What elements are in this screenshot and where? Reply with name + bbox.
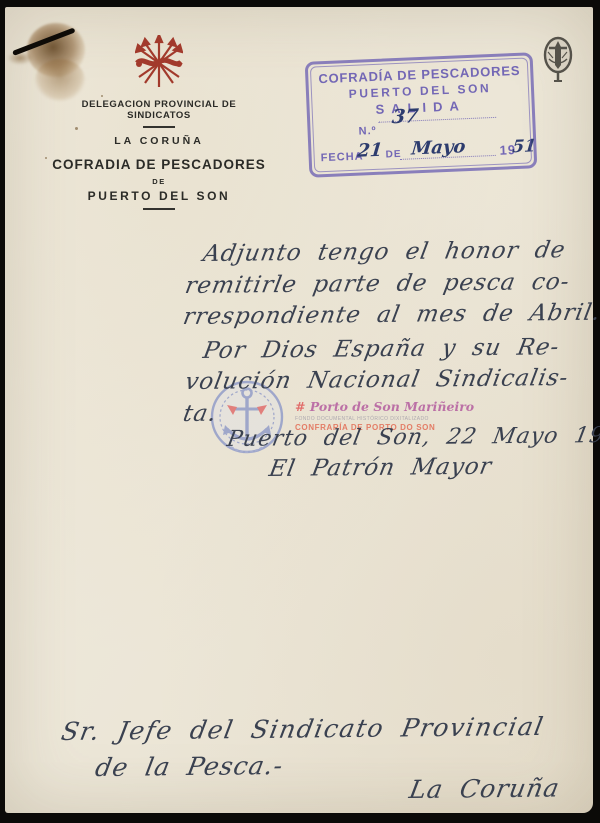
recipient-line: de la Pesca.- <box>93 751 286 782</box>
recipient-line: La Coruña <box>407 773 562 804</box>
falange-yoke-arrows-icon <box>135 35 183 91</box>
watermark-script-text: Porto de Son Mariñeiro <box>305 399 474 414</box>
watermark-small-text: FONDO DOCUMENTAL HISTÓRICO DIXITALIZADO <box>295 416 474 422</box>
letterhead-city: LA CORUÑA <box>52 135 266 147</box>
stamp-year-printed: 19 <box>499 142 516 158</box>
registry-stamp: COFRADÍA DE PESCADORES PUERTO DEL SON SA… <box>305 52 538 177</box>
seal-emblem-icon <box>541 35 575 87</box>
document-paper: DELEGACION PROVINCIAL DE SINDICATOS LA C… <box>5 7 593 813</box>
letterhead-divider <box>143 208 175 210</box>
letterhead-org: COFRADIA DE PESCADORES <box>52 157 266 172</box>
letterhead: DELEGACION PROVINCIAL DE SINDICATOS LA C… <box>52 35 266 210</box>
letterhead-delegacion: DELEGACION PROVINCIAL DE SINDICATOS <box>52 99 266 121</box>
handwritten-line: El Patrón Mayor <box>267 454 494 482</box>
stamp-place: PUERTO DEL SON <box>309 79 531 102</box>
handwritten-line: Puerto del Son, 22 Mayo 1951 <box>225 423 600 452</box>
stamp-salida: SALIDA <box>309 95 531 119</box>
handwritten-line: rrespondiente al mes de Abril. <box>181 300 600 330</box>
handwritten-line: volución Nacional Sindicalis- <box>183 365 571 395</box>
letterhead-de: DE <box>52 177 266 186</box>
stamp-year-written: 51 <box>511 136 537 157</box>
stamp-fecha-day: 21 <box>356 140 383 162</box>
photo-background: { "letterhead": { "line1": "DELEGACION P… <box>0 0 600 823</box>
handwritten-line: ta. <box>181 401 219 427</box>
stamp-de-label: DE <box>385 149 401 161</box>
letterhead-divider <box>143 126 175 128</box>
stamp-org: COFRADÍA DE PESCADORES <box>308 62 530 86</box>
stamp-fecha-dotted-line <box>400 155 496 160</box>
watermark-hash: # <box>295 399 305 414</box>
stamp-number-dotted-line <box>378 117 496 123</box>
handwritten-line: remitirle parte de pesca co- <box>183 269 572 299</box>
handwritten-line: Adjunto tengo el honor de <box>201 237 568 267</box>
stamp-fecha-label: FECHA <box>320 150 363 164</box>
recipient-line: Sr. Jefe del Sindicato Provincial <box>59 712 547 746</box>
handwritten-line: Por Dios España y su Re- <box>201 334 562 364</box>
stamp-fecha-month: Mayo <box>410 136 466 159</box>
paper-speck <box>45 157 47 159</box>
watermark-script-line: # Porto de Son Mariñeiro <box>295 399 474 414</box>
stamp-number-value: 37 <box>391 105 420 128</box>
stamp-number-label: N.º <box>358 125 377 138</box>
letterhead-place: PUERTO DEL SON <box>52 189 266 203</box>
